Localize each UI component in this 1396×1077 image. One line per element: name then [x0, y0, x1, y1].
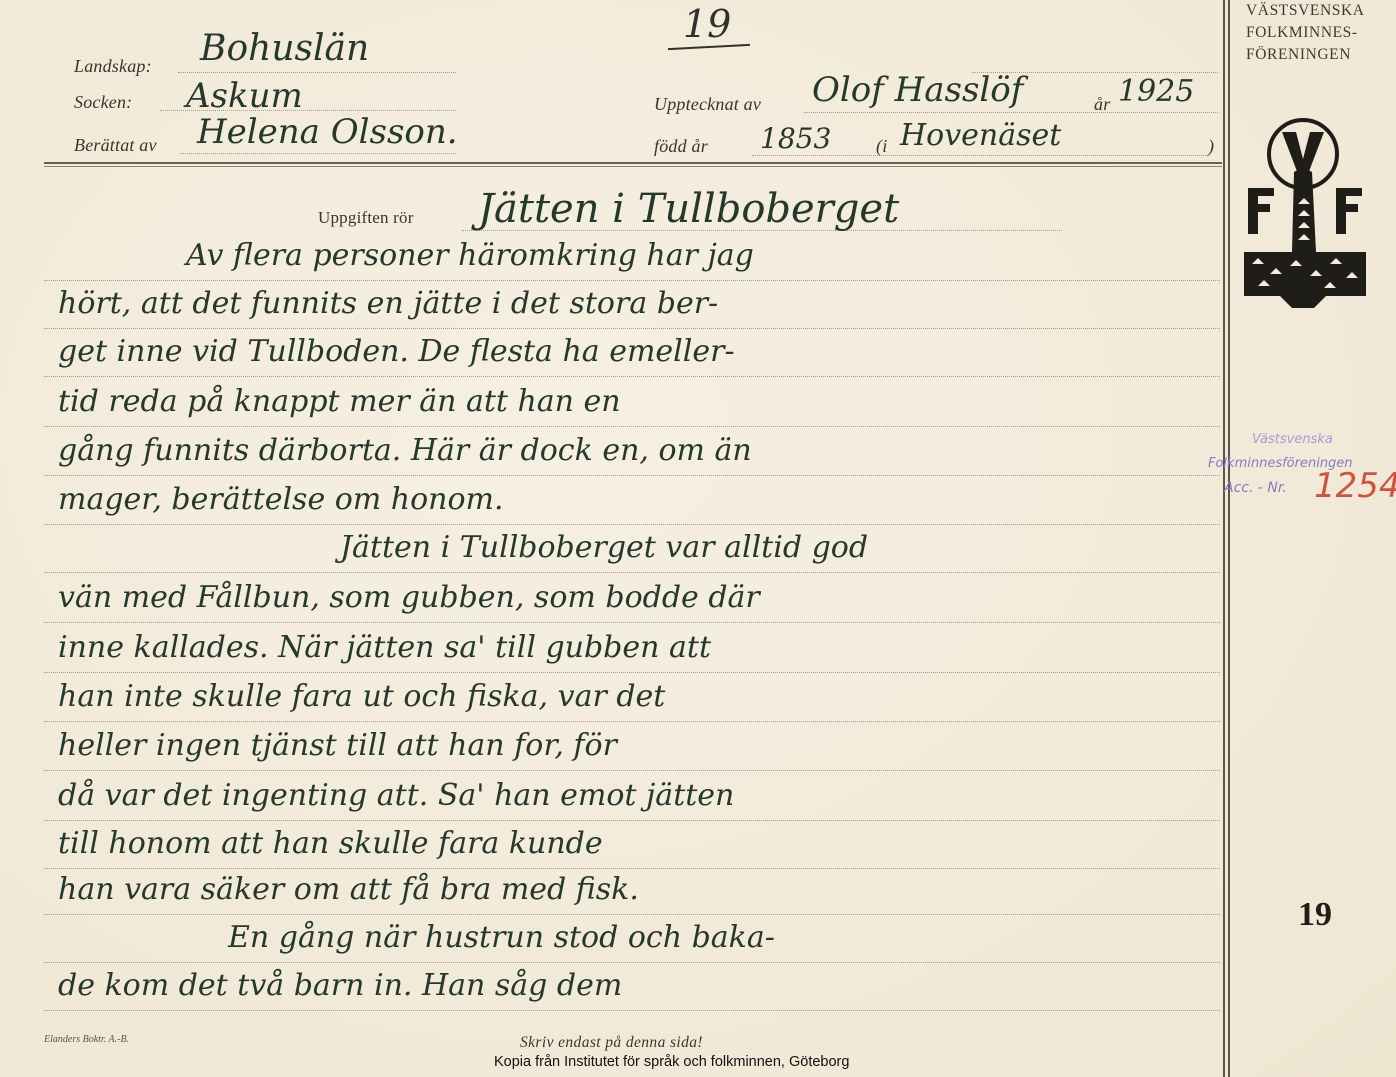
body-line: han vara säker om att få bra med fisk.	[58, 872, 639, 907]
body-line: mager, berättelse om honom.	[58, 482, 504, 517]
body-line: inne kallades. När jätten sa' till gubbe…	[58, 630, 711, 665]
ruled-line	[44, 914, 1220, 915]
header-rule-bottom	[44, 166, 1222, 167]
body-line: En gång när hustrun stod och baka-	[228, 920, 775, 955]
org-line-3: FÖRENINGEN	[1246, 44, 1365, 66]
thors-hammer-logo-icon	[1240, 104, 1370, 310]
berattat-label: Berättat av	[74, 135, 157, 156]
body-line: get inne vid Tullboden. De flesta ha eme…	[58, 334, 735, 369]
ruled-line	[44, 820, 1220, 821]
ruled-line	[44, 622, 1220, 623]
fodd-place-open: (i	[876, 136, 887, 157]
ruled-line	[44, 524, 1220, 525]
ar-label: år	[1094, 94, 1110, 115]
ruled-line	[44, 426, 1220, 427]
fodd-value: 1853	[760, 122, 831, 155]
copy-notice: Kopia från Institutet för språk och folk…	[494, 1054, 849, 1070]
upptecknat-label: Upptecknat av	[654, 94, 761, 115]
landskap-label: Landskap:	[74, 56, 152, 77]
fodd-label: född år	[654, 136, 708, 157]
stamp-line-1: Västsvenska	[1252, 432, 1333, 447]
margin-rule-right	[1228, 0, 1230, 1077]
ruled-line	[44, 868, 1220, 869]
organization-name: VÄSTSVENSKA FOLKMINNES- FÖRENINGEN	[1246, 0, 1365, 66]
printer-credit: Elanders Boktr. A.-B.	[44, 1034, 129, 1045]
landskap-dotline	[178, 72, 456, 73]
margin-rule-left	[1223, 0, 1225, 1077]
upptecknat-value: Olof Hasslöf	[812, 70, 1023, 110]
berattat-value: Helena Olsson.	[197, 112, 458, 152]
accession-number: 1254	[1314, 466, 1396, 506]
body-line: till honom att han skulle fara kunde	[58, 826, 603, 861]
upptecknat-dotline	[804, 112, 1218, 113]
vff-logo	[1240, 104, 1370, 310]
ruled-line	[44, 475, 1220, 476]
body-line: då var det ingenting att. Sa' han emot j…	[58, 778, 734, 813]
body-line: tid reda på knappt mer än att han en	[58, 384, 621, 419]
org-line-1: VÄSTSVENSKA	[1246, 0, 1365, 22]
socken-value: Askum	[186, 76, 303, 116]
stamp-acc-label: Acc. - Nr.	[1224, 480, 1287, 496]
header-rule-top	[44, 162, 1222, 164]
body-line: de kom det två barn in. Han såg dem	[58, 968, 622, 1003]
ruled-line	[44, 328, 1220, 329]
body-line: gång funnits därborta. Här är dock en, o…	[58, 433, 752, 468]
footer-instruction: Skriv endast på denna sida!	[520, 1034, 703, 1052]
printed-page-number: 19	[1298, 896, 1332, 934]
berattat-dotline	[180, 153, 456, 154]
ruled-line	[44, 280, 1220, 281]
body-line: hört, att det funnits en jätte i det sto…	[58, 286, 718, 321]
ruled-line	[44, 770, 1220, 771]
body-line: han inte skulle fara ut och fiska, var d…	[58, 679, 665, 714]
subject-value: Jätten i Tullboberget	[478, 186, 899, 232]
subject-label: Uppgiften rör	[318, 208, 414, 228]
ruled-line	[44, 572, 1220, 573]
fodd-place-value: Hovenäset	[900, 118, 1061, 153]
fodd-place-close: )	[1208, 136, 1214, 157]
ruled-line	[44, 962, 1220, 963]
ar-value: 1925	[1118, 74, 1194, 109]
handwritten-page-number: 19	[683, 2, 731, 46]
fodd-dotline	[752, 155, 1210, 156]
body-line: Jätten i Tullboberget var alltid god	[340, 530, 868, 565]
ruled-line	[44, 721, 1220, 722]
ruled-line	[44, 1010, 1220, 1011]
body-line: vän med Fållbun, som gubben, som bodde d…	[58, 580, 760, 615]
socken-label: Socken:	[74, 92, 132, 113]
body-line: Av flera personer häromkring har jag	[186, 238, 754, 273]
org-line-2: FOLKMINNES-	[1246, 22, 1365, 44]
body-line: heller ingen tjänst till att han for, fö…	[58, 728, 617, 763]
landskap-value: Bohuslän	[200, 28, 369, 69]
ruled-line	[44, 672, 1220, 673]
ruled-line	[44, 376, 1220, 377]
